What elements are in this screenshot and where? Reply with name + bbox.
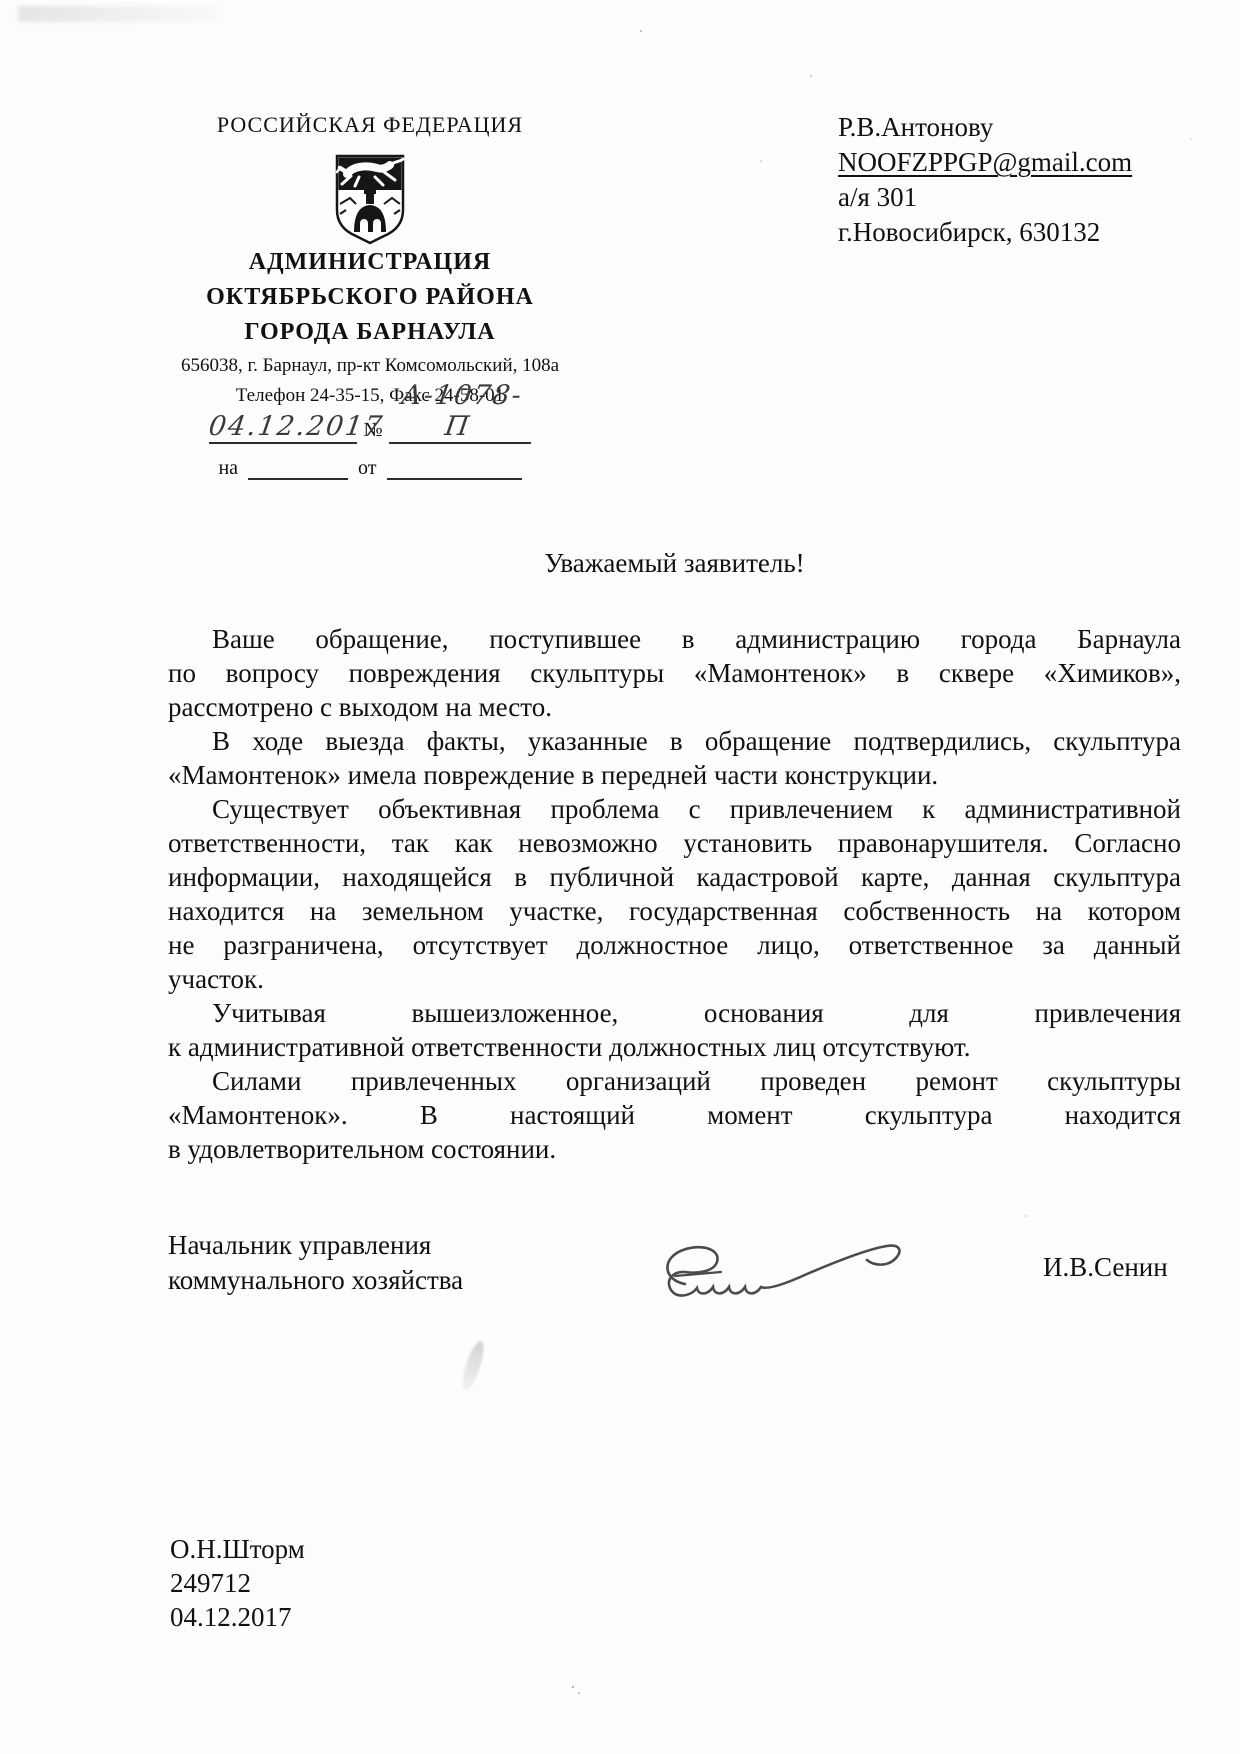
executor-block: О.Н.Шторм 249712 04.12.2017 bbox=[170, 1532, 305, 1634]
addressee-city: г.Новосибирск, 630132 bbox=[838, 215, 1198, 250]
org-line-2: ОКТЯБРЬСКОГО РАЙОНА bbox=[150, 280, 590, 315]
body-line: Существует объективная проблема с привле… bbox=[168, 792, 1181, 826]
addressee-block: Р.В.Антонову NOOFZPPGP@gmail.com а/я 301… bbox=[838, 110, 1198, 250]
pencil-smudge-artifact bbox=[458, 1339, 487, 1393]
scanned-letter-page: РОССИЙСКАЯ ФЕДЕРАЦИЯ bbox=[0, 0, 1240, 1754]
ot-blank-line bbox=[387, 478, 522, 480]
org-line-3: ГОРОДА БАРНАУЛА bbox=[150, 315, 590, 350]
ot-label: от bbox=[358, 457, 376, 480]
body-line: Силами привлеченных организаций проведен… bbox=[168, 1064, 1181, 1098]
addressee-email: NOOFZPPGP@gmail.com bbox=[838, 145, 1198, 180]
letter-body: Ваше обращение, поступившее в администра… bbox=[168, 622, 1181, 1166]
body-line: ответственности, так как невозможно уста… bbox=[168, 826, 1181, 860]
letterhead-address: 656038, г. Барнаул, пр-кт Комсомольский,… bbox=[150, 355, 590, 377]
executor-date: 04.12.2017 bbox=[170, 1600, 305, 1634]
body-line: В ходе выезда факты, указанные в обращен… bbox=[168, 724, 1181, 758]
org-line-1: АДМИНИСТРАЦИЯ bbox=[150, 245, 590, 280]
signatory-position: Начальник управления коммунального хозяй… bbox=[168, 1228, 463, 1298]
body-line: находится на земельном участке, государс… bbox=[168, 894, 1181, 928]
body-line: Ваше обращение, поступившее в администра… bbox=[168, 622, 1181, 656]
body-line: информации, находящейся в публичной када… bbox=[168, 860, 1181, 894]
body-line: по вопросу повреждения скульптуры «Мамон… bbox=[168, 656, 1181, 690]
letterhead: РОССИЙСКАЯ ФЕДЕРАЦИЯ bbox=[150, 112, 590, 138]
handwritten-date: 04.12.2017 bbox=[207, 411, 386, 442]
handwritten-date-field: 04.12.2017 bbox=[209, 411, 357, 444]
position-line-1: Начальник управления bbox=[168, 1228, 463, 1263]
body-line: «Мамонтенок». В настоящий момент скульпт… bbox=[168, 1098, 1181, 1132]
handwritten-number-field: А-1078-П bbox=[389, 380, 531, 444]
barnaul-coat-of-arms-icon bbox=[332, 152, 408, 247]
executor-phone: 249712 bbox=[170, 1566, 305, 1600]
position-line-2: коммунального хозяйства bbox=[168, 1263, 463, 1298]
na-blank-line bbox=[248, 478, 348, 480]
addressee-po-box: а/я 301 bbox=[838, 180, 1198, 215]
letterhead-org-name: АДМИНИСТРАЦИЯ ОКТЯБРЬСКОГО РАЙОНА ГОРОДА… bbox=[150, 245, 590, 350]
addressee-name: Р.В.Антонову bbox=[838, 110, 1198, 145]
salutation: Уважаемый заявитель! bbox=[168, 548, 1181, 579]
scan-shade-artifact bbox=[18, 6, 218, 22]
body-line: не разграничена, отсутствует должностное… bbox=[168, 928, 1181, 962]
executor-name: О.Н.Шторм bbox=[170, 1532, 305, 1566]
signatory-name: И.В.Сенин bbox=[1043, 1252, 1168, 1283]
letterhead-country: РОССИЙСКАЯ ФЕДЕРАЦИЯ bbox=[150, 112, 590, 138]
document-number-row: 04.12.2017 № А-1078-П bbox=[150, 408, 590, 444]
reference-row: на от bbox=[150, 450, 590, 480]
handwritten-signature-icon bbox=[655, 1232, 945, 1322]
na-label: на bbox=[218, 457, 238, 480]
scan-speckles bbox=[640, 30, 642, 32]
body-line: Учитывая вышеизложенное, основания для п… bbox=[168, 996, 1181, 1030]
handwritten-number: А-1078-П bbox=[384, 380, 535, 442]
